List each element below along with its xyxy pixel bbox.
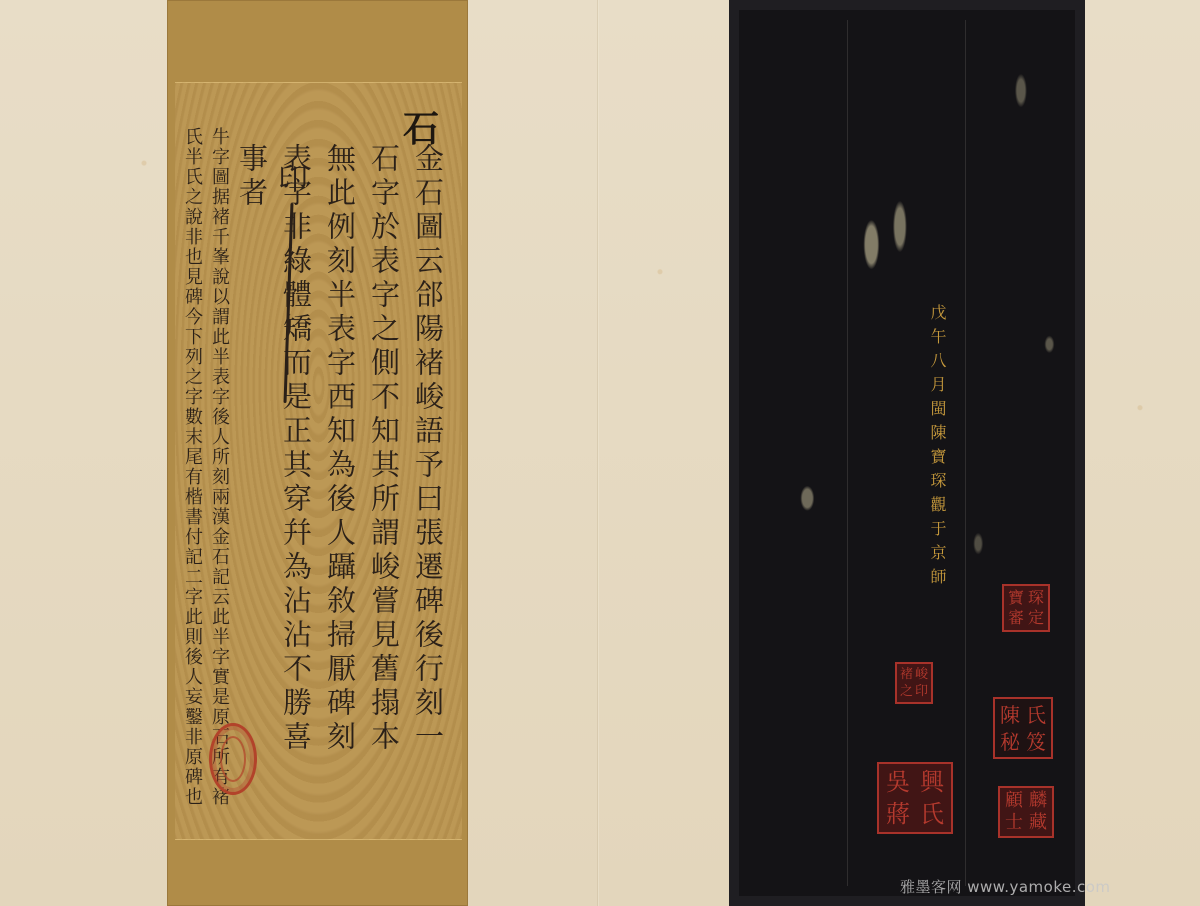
- seal-char: 定: [1026, 610, 1046, 626]
- seal-char: 峻: [914, 668, 929, 681]
- seal-char: 藏: [1026, 814, 1050, 832]
- seal-4: 吳 興 蔣 氏: [877, 762, 953, 834]
- oval-seal-icon: [209, 723, 257, 795]
- seal-char: 吳: [881, 770, 915, 794]
- seal-2: 褚 峻 之 印: [895, 662, 933, 704]
- inscription-main-text: 金石圖云郃陽褚峻語予曰張遷碑後行刻一石字於表字之側不知其所謂峻嘗見舊搨本無此例刻…: [230, 143, 450, 783]
- inscription-panel: 石 金石圖云郃陽褚峻語予曰張遷碑後行刻一石字於表字之側不知其所謂峻嘗見舊搨本無此…: [167, 0, 468, 906]
- seal-char: 印: [914, 685, 929, 698]
- seal-char: 顧: [1002, 792, 1026, 810]
- inscription-colophon-text: 牛字圖据褚千峯說以謂此半表字後人所刻兩漢金石記云此半字實是原石所有褚氏半氏之說非…: [179, 127, 233, 807]
- seal-char: 蔣: [881, 802, 915, 826]
- site-watermark: 雅墨客网 www.yamoke.com: [900, 876, 1111, 897]
- inscription-paper: 石 金石圖云郃陽褚峻語予曰張遷碑後行刻一石字於表字之側不知其所謂峻嘗見舊搨本無此…: [175, 82, 462, 840]
- seal-char: 琛: [1026, 590, 1046, 606]
- seal-char: 士: [1002, 814, 1026, 832]
- seal-char: 麟: [1026, 792, 1050, 810]
- seal-char: 氏: [915, 802, 949, 826]
- seal-char: 審: [1006, 610, 1026, 626]
- seal-char: 笈: [1023, 732, 1049, 752]
- seal-char: 氏: [1023, 705, 1049, 725]
- gold-inscription: 戊午八月閩陳寶琛觀于京師: [926, 304, 949, 592]
- seal-char: 之: [899, 685, 914, 698]
- seal-3: 陳 氏 秘 笈: [993, 697, 1053, 759]
- seal-char: 陳: [997, 705, 1023, 725]
- seal-1: 寶 琛 審 定: [1002, 584, 1050, 632]
- album-fold-line: [597, 0, 599, 906]
- seal-char: 秘: [997, 732, 1023, 752]
- inscription-side-char: 印: [267, 163, 311, 193]
- seal-char: 褚: [899, 668, 914, 681]
- rubbing-column-line: [965, 20, 966, 886]
- seal-5: 顧 麟 士 藏: [998, 786, 1054, 838]
- seal-char: 寶: [1006, 590, 1026, 606]
- seal-char: 興: [915, 770, 949, 794]
- rubbing-column-line: [847, 20, 848, 886]
